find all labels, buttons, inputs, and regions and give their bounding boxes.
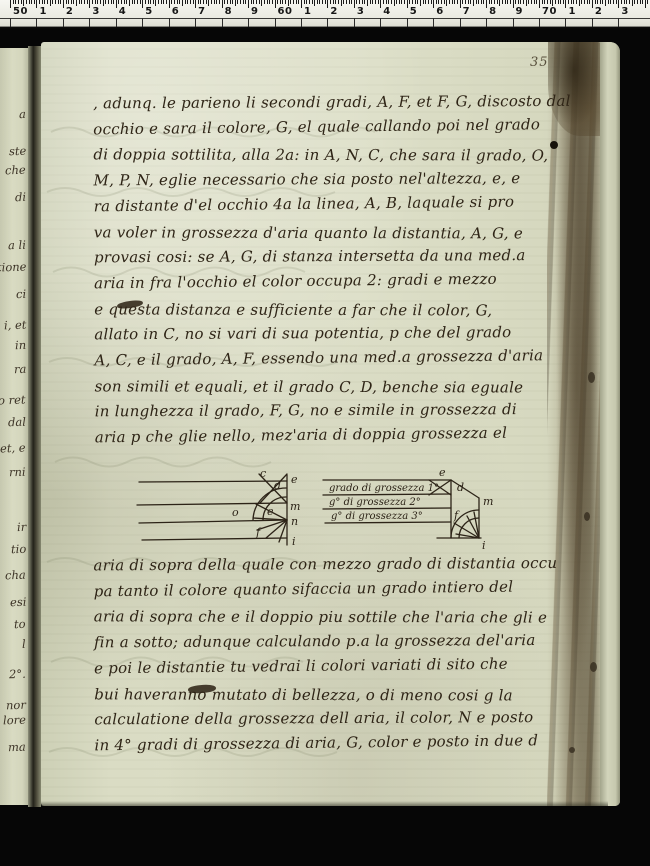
ruler-number: 8	[225, 6, 232, 17]
page-outer-edge	[600, 42, 620, 806]
ruler-mm-tick	[15, 0, 16, 4]
ruler-mm-tick	[483, 0, 484, 4]
ruler-mm-tick	[356, 0, 357, 4]
ruler-mm-tick	[66, 0, 67, 4]
ruler-mm-tick	[140, 0, 141, 4]
ruler-mm-tick	[359, 0, 360, 4]
ruler-mm-tick	[338, 0, 339, 4]
ruler-mm-tick	[632, 0, 633, 6]
ruler-mm-tick	[364, 0, 365, 4]
ruler-mm-tick	[95, 0, 96, 4]
ruler-mm-tick	[645, 0, 646, 8]
ruler-mm-tick	[177, 0, 178, 4]
ruler-mm-tick	[158, 0, 159, 4]
ruler-mm-tick	[383, 0, 384, 4]
ruler-mm-tick	[520, 0, 521, 4]
ruler-mm-tick	[621, 0, 622, 4]
ruler-mm-tick	[317, 0, 318, 4]
ruler-mm-tick	[298, 0, 299, 4]
ruler-mm-tick	[179, 0, 180, 4]
manuscript-line: ra distante d'el occhio 4a la linea, A, …	[94, 188, 599, 219]
ruler-mm-tick	[208, 0, 209, 6]
ruler-mm-tick	[319, 0, 320, 4]
ruler-mm-tick	[576, 0, 577, 4]
ruler-mm-tick	[222, 0, 223, 8]
ruler-mm-tick	[452, 0, 453, 4]
ruler-mm-tick	[457, 0, 458, 4]
ruler-mm-tick	[597, 0, 598, 4]
ruler-mm-tick	[409, 0, 410, 4]
ruler-mm-tick	[499, 0, 500, 6]
ruler-number: 2	[595, 6, 602, 17]
ruler-mm-tick	[309, 0, 310, 4]
facing-page-fragment: che	[5, 163, 26, 178]
ruler-number: 50	[13, 6, 28, 17]
manuscript-line: aria p che glie nello, mez'aria di doppi…	[95, 420, 600, 451]
ruler-mm-tick	[618, 0, 619, 8]
ruler-mm-tick	[544, 0, 545, 4]
ruler-mm-tick	[63, 0, 64, 8]
ruler-mm-tick	[478, 0, 479, 4]
folio-number: 35	[530, 55, 549, 70]
ruler-mm-tick	[388, 0, 389, 4]
ruler-mm-tick	[52, 0, 53, 4]
manuscript-line: occhio e sara il colore, G, el quale cal…	[93, 111, 598, 142]
ruler-cm-tick	[327, 18, 328, 27]
facing-page-fragment: a li	[8, 238, 26, 253]
ruler-number: 6	[172, 6, 179, 17]
manuscript-line: bui haveranno mutato di bellezza, o di m…	[94, 682, 599, 709]
manuscript-line: e poi le distantie tu vedrai li colori v…	[94, 650, 599, 681]
manuscript-line: va voler in grossezza d'aria quanto la d…	[94, 220, 599, 247]
ruler-mm-tick	[129, 0, 130, 6]
ruler-mm-tick	[423, 0, 424, 4]
facing-page-fragment: et, e	[0, 441, 26, 456]
ruler-cm-tick	[433, 18, 434, 27]
manuscript-line: son simili et equali, et il grado C, D, …	[95, 374, 600, 401]
manuscript-paragraph-bottom: aria di sopra della quale con mezzo grad…	[93, 551, 599, 759]
ruler-mm-tick	[558, 0, 559, 4]
ruler-mm-tick	[454, 0, 455, 4]
ruler-mm-tick	[584, 0, 585, 4]
ruler-mm-tick	[465, 0, 466, 4]
ruler-mm-tick	[489, 0, 490, 4]
ruler-mm-tick	[264, 0, 265, 4]
ruler-mm-tick	[267, 0, 268, 4]
ruler-mm-tick	[111, 0, 112, 4]
ruler-mm-tick	[163, 0, 164, 4]
manuscript-line: aria in fra l'occhio el color occupa 2: …	[94, 266, 599, 297]
ruler-number: 3	[357, 6, 364, 17]
ruler-cm-tick	[222, 18, 223, 27]
ruler-number: 4	[119, 6, 126, 17]
facing-page-fragment: a	[19, 107, 26, 121]
ruler-mm-tick	[42, 0, 43, 4]
ruler-mm-tick	[330, 0, 331, 4]
ruler-mm-tick	[370, 0, 371, 4]
ruler-mm-tick	[531, 0, 532, 4]
ink-dot	[550, 141, 558, 149]
ruler-mm-tick	[624, 0, 625, 4]
ruler-mm-tick	[626, 0, 627, 4]
ruler-mm-tick	[155, 0, 156, 6]
facing-page-fragment: 2°.	[9, 667, 26, 682]
ruler-mm-tick	[394, 0, 395, 6]
ruler-mm-tick	[21, 0, 22, 4]
facing-page-fragment: esi	[9, 595, 26, 610]
ruler-mm-tick	[161, 0, 162, 4]
ruler-mm-tick	[232, 0, 233, 4]
manuscript-line: A, C, e il grado, A, F, essendo una med.…	[94, 343, 599, 374]
ruler-number: 60	[278, 6, 293, 17]
ruler-mm-tick	[50, 0, 51, 6]
ruler-mm-tick	[378, 0, 379, 4]
ruler-mm-tick	[237, 0, 238, 4]
ruler-mm-tick	[137, 0, 138, 4]
ruler-number: 9	[251, 6, 258, 17]
facing-page-fragment: rni	[9, 465, 26, 480]
ruler-cm-tick	[618, 18, 619, 27]
ruler-mm-tick	[367, 0, 368, 6]
ruler-mm-tick	[433, 0, 434, 8]
ruler-mm-tick	[39, 0, 40, 4]
ruler-mm-tick	[10, 0, 11, 8]
ruler-number: 3	[621, 6, 628, 17]
diagram-label-c: c	[260, 468, 266, 480]
ruler-number: 4	[383, 6, 390, 17]
ruler-baseline	[0, 18, 650, 19]
ruler-mm-tick	[18, 0, 19, 4]
ruler-mm-tick	[441, 0, 442, 4]
ruler-cm-tick	[380, 18, 381, 27]
ruler-mm-tick	[150, 0, 151, 4]
ruler-cm-tick	[460, 18, 461, 27]
ruler-mm-tick	[314, 0, 315, 6]
facing-page-fragment: i, et	[3, 318, 26, 333]
manuscript-line: in 4° gradi di grossezza di aria, G, col…	[94, 728, 599, 759]
ruler-mm-tick	[121, 0, 122, 4]
ruler-mm-tick	[565, 0, 566, 8]
ruler-mm-tick	[79, 0, 80, 4]
wear-spot	[584, 512, 590, 521]
ruler-mm-tick	[372, 0, 373, 4]
ruler-mm-tick	[563, 0, 564, 4]
ruler-mm-tick	[391, 0, 392, 4]
ruler-mm-tick	[589, 0, 590, 4]
ruler-cm-tick	[169, 18, 170, 27]
ruler-mm-tick	[89, 0, 90, 8]
ruler-cm-tick	[142, 18, 143, 27]
ruler-mm-tick	[259, 0, 260, 4]
ruler-mm-tick	[602, 0, 603, 4]
ruler-mm-tick	[425, 0, 426, 4]
ruler-cm-tick	[513, 18, 514, 27]
ruler-number: 1	[39, 6, 46, 17]
ruler-number: 1	[568, 6, 575, 17]
diagram-label-n: n	[291, 515, 298, 528]
ruler-mm-tick	[322, 0, 323, 4]
manuscript-line: pa tanto il colore quanto sifaccia un gr…	[94, 573, 599, 604]
ruler-mm-tick	[306, 0, 307, 4]
ruler-mm-tick	[476, 0, 477, 4]
diagram-row-3: g° di grossezza 3°	[331, 511, 423, 522]
manuscript-scan-viewport: 501234567896012345678970123 astechedia l…	[0, 0, 650, 866]
ruler-mm-tick	[214, 0, 215, 4]
ruler-mm-tick	[272, 0, 273, 4]
diagram-label-d: d	[457, 481, 464, 494]
ruler-mm-tick	[573, 0, 574, 4]
ruler-mm-tick	[26, 0, 27, 4]
ruler-mm-tick	[200, 0, 201, 4]
ruler-mm-tick	[227, 0, 228, 4]
facing-page-fragment: lore	[3, 713, 26, 728]
ruler-mm-tick	[81, 0, 82, 4]
ruler-mm-tick	[251, 0, 252, 4]
ruler-mm-tick	[145, 0, 146, 4]
diagram-label-m: m	[290, 500, 300, 513]
ruler-mm-tick	[523, 0, 524, 4]
ruler-number: 8	[489, 6, 496, 17]
ruler-mm-tick	[613, 0, 614, 4]
ruler-mm-tick	[224, 0, 225, 4]
ruler-mm-tick	[616, 0, 617, 4]
ruler-mm-tick	[256, 0, 257, 4]
ruler-mm-tick	[528, 0, 529, 4]
ruler-mm-tick	[341, 0, 342, 6]
ruler-mm-tick	[108, 0, 109, 4]
book-gutter	[28, 46, 41, 807]
ruler-mm-tick	[60, 0, 61, 4]
ruler-mm-tick	[462, 0, 463, 4]
ruler-mm-tick	[354, 0, 355, 8]
ruler-mm-tick	[539, 0, 540, 8]
ruler-mm-tick	[428, 0, 429, 4]
ruler-mm-tick	[446, 0, 447, 6]
ruler-mm-tick	[436, 0, 437, 4]
ruler-mm-tick	[203, 0, 204, 4]
ruler-cm-tick	[248, 18, 249, 27]
ruler-mm-tick	[515, 0, 516, 4]
ruler-mm-tick	[629, 0, 630, 4]
ruler-mm-tick	[132, 0, 133, 4]
ruler-mm-tick	[87, 0, 88, 4]
diagram-label-e: e	[267, 505, 274, 518]
ruler-number: 6	[436, 6, 443, 17]
ruler-mm-tick	[245, 0, 246, 4]
facing-page-fragment: di	[15, 190, 27, 204]
diagram-label-e2: e	[291, 473, 298, 486]
ruler-number: 3	[92, 6, 99, 17]
facing-page-fragment: ra	[13, 362, 26, 376]
ruler-mm-tick	[505, 0, 506, 4]
manuscript-line: di doppia sottilita, alla 2a: in A, N, C…	[93, 143, 598, 170]
ruler-mm-tick	[486, 0, 487, 8]
ruler-mm-tick	[240, 0, 241, 4]
ruler-number: 5	[410, 6, 417, 17]
ruler-mm-tick	[640, 0, 641, 4]
ruler-mm-tick	[100, 0, 101, 4]
ruler-mm-tick	[325, 0, 326, 4]
ruler-number: 7	[463, 6, 470, 17]
ruler-cm-tick	[195, 18, 196, 27]
ruler-mm-tick	[634, 0, 635, 4]
ruler-cm-tick	[63, 18, 64, 27]
ruler-mm-tick	[550, 0, 551, 4]
ruler-mm-tick	[169, 0, 170, 8]
ruler-mm-tick	[412, 0, 413, 4]
ruler-mm-tick	[171, 0, 172, 4]
ruler-mm-tick	[71, 0, 72, 4]
diagram-label-o: o	[232, 506, 239, 519]
ruler-mm-tick	[592, 0, 593, 8]
manuscript-page: 35 , adunq. le parieno li secondi gradi,…	[41, 42, 620, 806]
ruler-mm-tick	[608, 0, 609, 4]
ruler-cm-tick	[565, 18, 566, 27]
ruler-mm-tick	[507, 0, 508, 4]
ruler-mm-tick	[296, 0, 297, 4]
ruler-mm-tick	[211, 0, 212, 4]
ruler-mm-tick	[105, 0, 106, 4]
diagram-label-i: i	[292, 535, 296, 548]
facing-page-fragment: tione	[0, 259, 26, 274]
ruler-mm-tick	[449, 0, 450, 4]
ruler-mm-tick	[31, 0, 32, 4]
ruler-mm-tick	[304, 0, 305, 4]
ruler-mm-tick	[174, 0, 175, 4]
ruler-cm-tick	[354, 18, 355, 27]
ruler-cm-tick	[116, 18, 117, 27]
ruler-cm-tick	[89, 18, 90, 27]
facing-page-fragment: tio	[11, 542, 27, 557]
diagram-row-2: g° di grossezza 2°	[329, 497, 421, 508]
ruler-mm-tick	[333, 0, 334, 4]
ruler-mm-tick	[275, 0, 276, 8]
ruler-cm-tick	[407, 18, 408, 27]
facing-page-fragment: ir	[17, 520, 27, 534]
ruler-mm-tick	[444, 0, 445, 4]
ruler-mm-tick	[312, 0, 313, 4]
ruler-mm-tick	[647, 0, 648, 4]
ruler-mm-tick	[166, 0, 167, 4]
ruler-mm-tick	[118, 0, 119, 4]
manuscript-line: e questa distanza e sufficiente a far ch…	[94, 297, 599, 324]
ruler-mm-tick	[494, 0, 495, 4]
diagram-label-d: d	[274, 479, 281, 492]
facing-page-fragment: o ret	[0, 393, 26, 408]
ruler-mm-tick	[346, 0, 347, 4]
ruler-number: 1	[304, 6, 311, 17]
ruler-mm-tick	[68, 0, 69, 4]
ruler-cm-tick	[592, 18, 593, 27]
ruler-mm-tick	[502, 0, 503, 4]
ruler-mm-tick	[460, 0, 461, 8]
ruler-mm-tick	[473, 0, 474, 6]
ruler-mm-tick	[13, 0, 14, 4]
ruler-mm-tick	[293, 0, 294, 4]
ruler-mm-tick	[518, 0, 519, 4]
ruler-mm-tick	[396, 0, 397, 4]
facing-page-edge: astechedia litionecii, etinrao retdalet,…	[0, 48, 28, 805]
ruler-mm-tick	[335, 0, 336, 4]
ruler-mm-tick	[58, 0, 59, 4]
ruler-mm-tick	[280, 0, 281, 4]
ruler-mm-tick	[420, 0, 421, 6]
facing-page-fragment: cha	[5, 568, 26, 583]
diagram-label-e: e	[439, 468, 446, 479]
ruler-mm-tick	[380, 0, 381, 8]
ruler-mm-tick	[600, 0, 601, 4]
ruler-mm-tick	[195, 0, 196, 8]
ruler-number: 2	[330, 6, 337, 17]
ruler-mm-tick	[290, 0, 291, 4]
ruler-mm-tick	[29, 0, 30, 4]
ruler-mm-tick	[386, 0, 387, 4]
ruler-mm-tick	[277, 0, 278, 4]
ruler-mm-tick	[47, 0, 48, 4]
ruler-mm-tick	[185, 0, 186, 4]
ruler-mm-tick	[253, 0, 254, 4]
ruler-mm-tick	[219, 0, 220, 4]
ruler-mm-tick	[113, 0, 114, 4]
ruler-mm-tick	[269, 0, 270, 4]
ruler-mm-tick	[285, 0, 286, 4]
ruler-mm-tick	[44, 0, 45, 4]
ruler-mm-tick	[534, 0, 535, 4]
diagram-air-thickness-left: c d o e f e m n i	[129, 468, 319, 560]
ruler-mm-tick	[182, 0, 183, 6]
measuring-ruler: 501234567896012345678970123	[0, 0, 650, 27]
ruler-mm-tick	[206, 0, 207, 4]
ruler-mm-tick	[555, 0, 556, 4]
ruler-mm-tick	[542, 0, 543, 4]
ruler-mm-tick	[198, 0, 199, 4]
facing-page-fragment: to	[14, 617, 26, 631]
ruler-mm-tick	[349, 0, 350, 4]
ruler-cm-tick	[36, 18, 37, 27]
ruler-mm-tick	[568, 0, 569, 4]
ruler-mm-tick	[153, 0, 154, 4]
ruler-mm-tick	[560, 0, 561, 4]
ruler-mm-tick	[216, 0, 217, 4]
ruler-mm-tick	[362, 0, 363, 4]
ruler-mm-tick	[351, 0, 352, 4]
ruler-mm-tick	[510, 0, 511, 4]
ruler-mm-tick	[235, 0, 236, 6]
ruler-mm-tick	[642, 0, 643, 4]
ruler-cm-tick	[10, 18, 11, 27]
ruler-mm-tick	[187, 0, 188, 4]
facing-page-fragment: l	[22, 637, 26, 651]
ruler-mm-tick	[261, 0, 262, 6]
ruler-mm-tick	[73, 0, 74, 4]
diagram-label-f: f	[453, 509, 460, 522]
ruler-mm-tick	[55, 0, 56, 4]
ruler-mm-tick	[513, 0, 514, 8]
ruler-mm-tick	[605, 0, 606, 6]
diagram-label-f: f	[255, 526, 262, 539]
ruler-mm-tick	[491, 0, 492, 4]
ruler-mm-tick	[404, 0, 405, 4]
ruler-mm-tick	[230, 0, 231, 4]
ruler-cm-tick	[539, 18, 540, 27]
diagram-label-m: m	[483, 495, 493, 508]
ruler-mm-tick	[134, 0, 135, 4]
ruler-number: 9	[516, 6, 523, 17]
ruler-mm-tick	[526, 0, 527, 6]
ruler-number: 2	[66, 6, 73, 17]
facing-page-fragment: nor	[6, 698, 26, 713]
ruler-mm-tick	[124, 0, 125, 4]
